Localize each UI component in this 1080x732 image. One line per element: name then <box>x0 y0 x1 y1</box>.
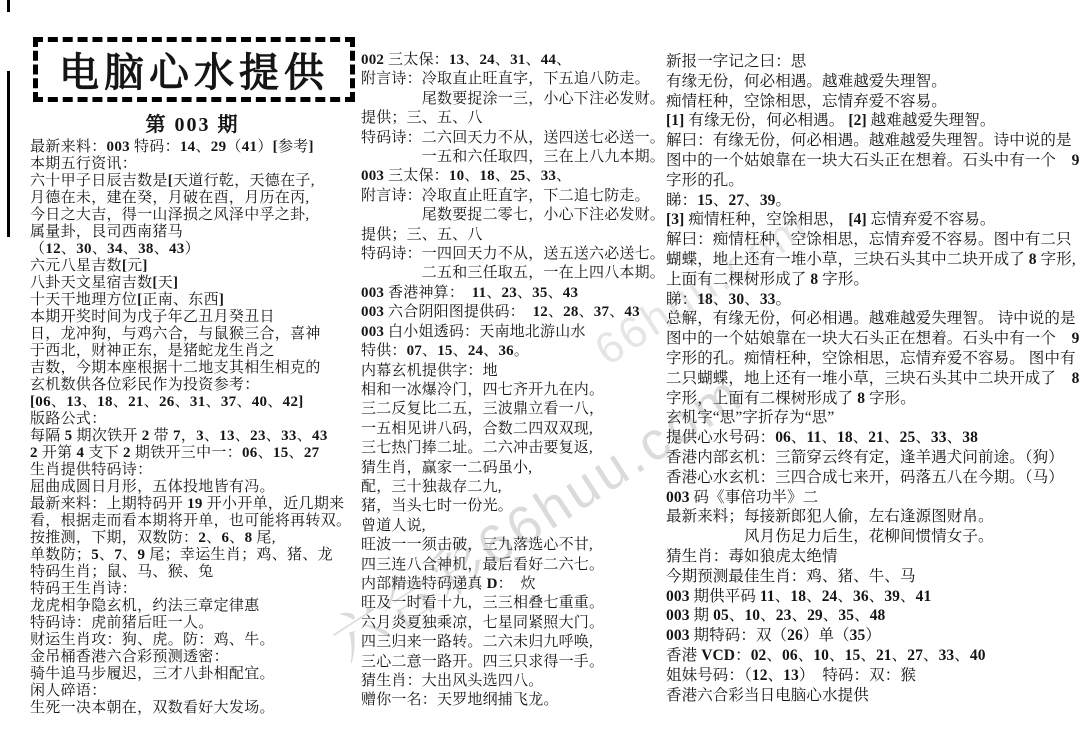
text-line: 六十甲子日辰吉数是[天道行乾，天德在子, <box>30 173 360 190</box>
lottery-tipsheet-page: 电脑心水提供 第 003 期 最新来料：003 特码：14、29（41）[参考]… <box>0 0 1080 732</box>
text-line: 配，三十独裁存二九, <box>361 478 667 497</box>
text-line: 蝴蝶，地上还有一堆小草，三块石头其中二块开成了 8 字形, <box>666 250 1070 270</box>
text-line: 金吊桶香港六合彩预测透密： <box>30 649 360 666</box>
text-line: 提供；三、五、八 <box>361 226 667 245</box>
text-line: 玄机数供各位彩民作为投资参考： <box>30 377 360 394</box>
text-line: [06、13、18、21、26、31、37、40、42] <box>30 394 360 411</box>
text-line: 曾道人说, <box>361 517 667 536</box>
text-line: 图中的一个姑娘靠在一块大石头正在想着。石头中有一个 9 <box>666 329 1070 349</box>
title-box: 电脑心水提供 <box>33 37 355 102</box>
text-line: 屈曲成圆日月形，五体投地皆有冯。 <box>30 479 360 496</box>
text-line: 003 期特码：双（26）单（35） <box>666 626 1070 646</box>
text-line: 单数防；5、7、9 尾；幸运生肖；鸡、猪、龙 <box>30 547 360 564</box>
text-line: 特码诗：一四回天力不从，送五送六必送七。 <box>361 245 667 264</box>
text-line: 按推测，下期，双数防：2、6、8 尾, <box>30 530 360 547</box>
text-line: 特供：07、15、24、36。 <box>361 342 667 361</box>
text-line: 骑牛追马步履迟，三才八卦相配宜。 <box>30 666 360 683</box>
text-line: 附言诗：冷取直止旺直字，下二追七防走。 <box>361 187 667 206</box>
text-line: 今期预测最佳生肖：鸡、猪、牛、马 <box>666 567 1070 587</box>
text-line: 图中的一个姑娘靠在一块大石头正在想着。石头中有一个 9 <box>666 151 1070 171</box>
text-line: [3] 痴情枉种，空馀相思， [4] 忘情弃爱不容易。 <box>666 210 1070 230</box>
text-line: 闲人碎语： <box>30 683 360 700</box>
text-line: 解曰：有缘无份，何必相遇。越难越爱失理智。诗中说的是 <box>666 131 1070 151</box>
text-line: 猜生肖，赢家一二码虽小, <box>361 459 667 478</box>
text-line: 旺波一一须击破，三九落选心不甘, <box>361 536 667 555</box>
text-line: 香港六合彩当日电脑心水提供 <box>666 686 1070 706</box>
text-line: 003 六合阴阳图提供码： 12、28、37、43 <box>361 303 667 322</box>
text-line: 香港 VCD：02、06、10、15、21、27、33、40 <box>666 646 1070 666</box>
text-line: 八卦天文星宿吉数[天] <box>30 275 360 292</box>
text-line: （12、30、34、38、43） <box>30 241 360 258</box>
text-line: 十天干地理方位[正南、东西] <box>30 292 360 309</box>
text-line: 四三归来一路转。二六未归九呼唤, <box>361 633 667 652</box>
text-line: 总解，有缘无份，何必相遇。越难越爱失理智。 诗中说的是 <box>666 309 1070 329</box>
text-line: 003 期 05、10、23、29、35、48 <box>666 606 1070 626</box>
text-line: 三二反复比二五，三波鼎立看一八， <box>361 400 667 419</box>
text-line: 内幕玄机提供字：地 <box>361 362 667 381</box>
text-line: 龙虎相争隐玄机，约法三章定律惠 <box>30 598 360 615</box>
text-line: 一五和六任取四，三在上八九本期。 <box>361 148 667 167</box>
text-line: 二只蝴蝶，地上还有一堆小草，三块石头其中二块开成了 8 <box>666 369 1070 389</box>
text-line: 二五和三任取五，一在上四八本期。 <box>361 264 667 283</box>
text-line: 三七热门捧二址。二六冲击要复返, <box>361 439 667 458</box>
text-line: 财运生肖攻：狗、虎。防：鸡、牛。 <box>30 632 360 649</box>
text-line: 字形的孔。痴情枉种，空馀相思，忘情弃爱不容易。 图中有 <box>666 349 1070 369</box>
text-line: 002 三太保：13、24、31、44、 <box>361 51 667 70</box>
column-left: 最新来料：003 特码：14、29（41）[参考]本期五行资讯：六十甲子日辰吉数… <box>30 139 360 717</box>
text-line: 相和一冰爆冷门，四七齐开九在内。 <box>361 381 667 400</box>
text-line: 睇：18、30、33。 <box>666 290 1070 310</box>
text-line: 新报一字记之曰：思 <box>666 52 1070 72</box>
issue-number: 第 003 期 <box>30 108 355 137</box>
text-line: 版路公式： <box>30 411 360 428</box>
text-line: 月德在未，建在癸，月破在酉，月历在丙, <box>30 190 360 207</box>
text-line: 特码王生肖诗： <box>30 581 360 598</box>
text-line: 玄机字“思”字折存为“思” <box>666 408 1070 428</box>
text-line: 六月炎夏独乘凉，七星同紧照大门。 <box>361 614 667 633</box>
text-line: 生死一决本朝在，双数看好大发场。 <box>30 700 360 717</box>
text-line: 日，龙冲狗，与鸡六合，与鼠猴三合，喜神 <box>30 326 360 343</box>
text-line: 003 码《事倍功半》二 <box>666 488 1070 508</box>
text-line: 属量卦，艮司西南猪马 <box>30 224 360 241</box>
scan-edge-line-top <box>7 0 10 12</box>
text-line: 有缘无份，何必相遇。越难越爱失理智。 <box>666 72 1070 92</box>
text-line: 提供；三、五、八 <box>361 109 667 128</box>
text-line: 香港心水玄机：三四合成七来开，码落五八在今期。（马） <box>666 468 1070 488</box>
text-line: 今日之大吉，得一山泽损之风泽中孚之卦, <box>30 207 360 224</box>
text-line: 尾数要捉涂一三，小心下注必发财。 <box>361 90 667 109</box>
text-line: 每隔 5 期次铁开 2 带 7，3、13、23、33、43 <box>30 428 360 445</box>
text-line: 最新来料：003 特码：14、29（41）[参考] <box>30 139 360 156</box>
text-line: 看，根据走而看本期将开单，也可能将再转双。 <box>30 513 360 530</box>
column-middle: 002 三太保：13、24、31、44、附言诗：冷取直止旺直字，下五追八防走。 … <box>361 51 667 711</box>
text-line: 字形，上面有二棵树形成了 8 字形。 <box>666 389 1070 409</box>
text-line: 提供心水号码：06、11、18、21、25、33、38 <box>666 428 1070 448</box>
text-line: 本期五行资讯： <box>30 156 360 173</box>
text-line: 字形的孔。 <box>666 171 1070 191</box>
text-line: 特码诗：虎前猪后旺一人。 <box>30 615 360 632</box>
text-line: 上面有二棵树形成了 8 字形。 <box>666 270 1070 290</box>
text-line: 003 三太保：10、18、25、33、 <box>361 167 667 186</box>
text-line: 一五相见讲八码，合数二四双双现, <box>361 420 667 439</box>
text-line: 解曰：痴情枉种，空馀相思，忘情弃爱不容易。图中有二只 <box>666 230 1070 250</box>
text-line: 特码诗：二六回天力不从，送四送七必送一。 <box>361 129 667 148</box>
text-line: 003 香港神算： 11、23、35、43 <box>361 284 667 303</box>
text-line: 最新来料：上期特码开 19 开小开单，近几期来 <box>30 496 360 513</box>
text-line: 六元八星吉数[元] <box>30 258 360 275</box>
text-line: 附言诗：冷取直止旺直字，下五追八防走。 <box>361 70 667 89</box>
text-line: 痴情枉种，空馀相思，忘情弃爱不容易。 <box>666 92 1070 112</box>
page-title: 电脑心水提供 <box>59 41 329 98</box>
text-line: 猜生肖：毒如狼虎太绝情 <box>666 547 1070 567</box>
text-line: 旺及一时看十九，三三相叠七重重。 <box>361 594 667 613</box>
text-line: 2 开第 4 支下 2 期铁开三中一：06、15、27 <box>30 445 360 462</box>
text-line: 吉数，今期本座根据十二地支其相生相克的 <box>30 360 360 377</box>
text-line: 睇：15、27、39。 <box>666 191 1070 211</box>
text-line: 赠你一名：天罗地纲捕飞龙。 <box>361 691 667 710</box>
text-line: 于西北，财神正东，是猪蛇龙生肖之 <box>30 343 360 360</box>
column-right: 新报一字记之曰：思有缘无份，何必相遇。越难越爱失理智。痴情枉种，空馀相思，忘情弃… <box>666 52 1070 705</box>
text-line: [1] 有缘无份，何必相遇。 [2] 越难越爱失理智。 <box>666 111 1070 131</box>
text-line: 003 期供平码 11、18、24、36、39、41 <box>666 587 1070 607</box>
text-line: 最新来料；每接新郎犯人偷，左右逢源图财帛。 <box>666 507 1070 527</box>
text-line: 特码生肖；鼠、马、猴、兔 <box>30 564 360 581</box>
text-line: 风月伤足力后生，花柳间惯情女子。 <box>666 527 1070 547</box>
scan-edge-line-left <box>7 71 10 237</box>
text-line: 内部精选特码递真 D： 炊 <box>361 575 667 594</box>
text-line: 姐妹号码：（12、13） 特码：双：猴 <box>666 666 1070 686</box>
text-line: 尾数要捉二零七，小心下注必发财。 <box>361 206 667 225</box>
text-line: 生肖提供特码诗： <box>30 462 360 479</box>
text-line: 四三连八合神机，最后看好二六七。 <box>361 556 667 575</box>
text-line: 三心二意一路开。四三只求得一手。 <box>361 653 667 672</box>
text-line: 猪，当头七时一份光。 <box>361 497 667 516</box>
text-line: 香港内部玄机：三箭穿云终有定，逢羊遇犬问前途。（狗） <box>666 448 1070 468</box>
text-line: 猜生肖：大出风头选四八。 <box>361 672 667 691</box>
text-line: 本期开奖时间为戊子年乙丑月癸丑日 <box>30 309 360 326</box>
text-line: 003 白小姐透码：天南地北游山水 <box>361 323 667 342</box>
